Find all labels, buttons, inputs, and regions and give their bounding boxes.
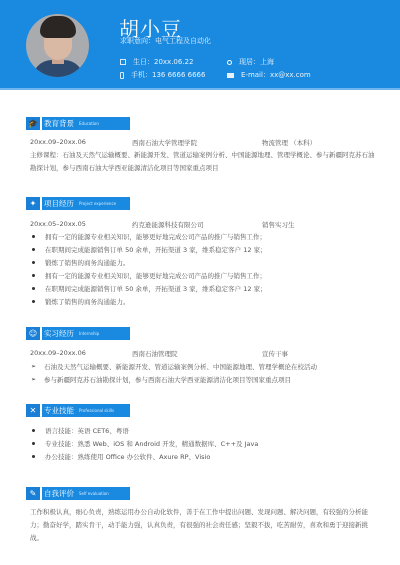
list-item: 拥有一定的能源专业相关知识，能够更好地完成公司产品的推广与销售工作；	[30, 232, 266, 241]
section-title-en: Self evaluation	[79, 491, 109, 496]
section-title-bar: 自我评价 Self evaluation	[42, 487, 130, 500]
project-company: 约克逊能源科技有限公司	[132, 220, 262, 229]
list-item: ➢参与新疆阿克苏石油勘探计划，参与西南石油大学西亚能源清洁化项目等国家重点项目	[30, 375, 291, 384]
edit-icon: ✎	[26, 487, 40, 500]
section-title-cn: 自我评价	[44, 488, 74, 499]
location-info: 现居：上海	[227, 57, 274, 67]
education-major: 物流管理 （本科）	[262, 138, 316, 147]
section-title-en: Education	[79, 121, 99, 126]
avatar-hair	[40, 16, 76, 38]
section-title-cn: 教育背景	[44, 118, 74, 129]
graduation-cap-icon: 🎓	[26, 117, 40, 130]
bullet-icon	[32, 429, 35, 432]
list-item: 在职期间完成能源销售订单 50 余单，开拓渠道 3 家，维系稳定客户 12 家；	[30, 245, 267, 254]
birthday-info: 生日：20xx.06.22	[120, 57, 193, 67]
email-text: E-mail：xx@xx.com	[241, 70, 311, 80]
project-period: 20xx.05–20xx.05	[30, 220, 132, 229]
handshake-icon: ✦	[26, 197, 40, 210]
tools-icon: ✕	[26, 404, 40, 417]
section-header-skills: ✕ 专业技能 Professional skills	[26, 404, 130, 417]
person-icon: ☺	[26, 327, 40, 340]
phone-info: 手机：136 6666 6666	[120, 70, 205, 80]
list-item: 专业技能：熟悉 Web、iOS 和 Android 开发，精通数据库、C++及 …	[30, 439, 258, 448]
internship-role: 宣传干事	[262, 349, 288, 358]
arrow-bullet-icon: ➢	[31, 376, 36, 383]
education-courses: 主修课程：石油及天然气运输概要、新能源开发、管道运输案例分析、中国能源地理、管理…	[30, 149, 375, 175]
mail-icon	[227, 73, 234, 78]
job-intent: 求职意向：电气工程及自动化	[120, 36, 211, 46]
section-title-bar: 教育背景 Education	[42, 117, 130, 130]
location-text: 现居：上海	[239, 57, 274, 67]
section-title-cn: 专业技能	[44, 405, 74, 416]
bullet-icon	[32, 300, 35, 303]
avatar-photo	[26, 14, 89, 77]
section-title-bar: 项目经历 Project experience	[42, 197, 130, 210]
bullet-icon	[32, 442, 35, 445]
resume-header: 胡小豆 求职意向：电气工程及自动化 生日：20xx.06.22 手机：136 6…	[0, 0, 400, 88]
section-header-evaluation: ✎ 自我评价 Self evaluation	[26, 487, 130, 500]
list-item: 拥有一定的能源专业相关知识，能够更好地完成公司产品的推广与销售工作；	[30, 271, 266, 280]
list-item: 语言技能：英语 CET6、粤语	[30, 426, 129, 435]
section-title-en: Project experience	[79, 201, 116, 206]
bullet-icon	[32, 455, 35, 458]
project-role: 销售实习生	[262, 220, 295, 229]
section-title-cn: 项目经历	[44, 198, 74, 209]
phone-icon	[120, 72, 124, 79]
bullet-icon	[32, 287, 35, 290]
list-item: 锻炼了销售的商务沟通能力。	[30, 258, 130, 267]
bullet-icon	[32, 274, 35, 277]
bullet-icon	[32, 248, 35, 251]
section-title-bar: 专业技能 Professional skills	[42, 404, 130, 417]
internship-row: 20xx.09–20xx.06 西南石油管理院 宣传干事	[30, 349, 288, 358]
section-header-project: ✦ 项目经历 Project experience	[26, 197, 130, 210]
education-school: 西南石油大学管理学院	[132, 138, 262, 147]
phone-text: 手机：136 6666 6666	[131, 70, 205, 80]
header-divider	[0, 88, 400, 90]
section-title-bar: 实习经历 Internship	[42, 327, 130, 340]
bullet-icon	[32, 235, 35, 238]
birthday-text: 生日：20xx.06.22	[133, 57, 193, 67]
location-pin-icon	[227, 60, 232, 65]
education-row: 20xx.09–20xx.06 西南石油大学管理学院 物流管理 （本科）	[30, 138, 316, 147]
evaluation-text: 工作积极认真，细心负责，熟练运用办公自动化软件，善于在工作中提出问题、发现问题、…	[30, 506, 375, 545]
project-row: 20xx.05–20xx.05 约克逊能源科技有限公司 销售实习生	[30, 220, 295, 229]
list-item: 在职期间完成能源销售订单 50 余单，开拓渠道 3 家，维系稳定客户 12 家；	[30, 284, 267, 293]
list-item: ➢石油及天然气运输概要、新能源开发、管道运输案例分析、中国能源地理、管理学概论在…	[30, 362, 317, 371]
bullet-icon	[32, 261, 35, 264]
arrow-bullet-icon: ➢	[31, 363, 36, 370]
internship-period: 20xx.09–20xx.06	[30, 349, 132, 358]
section-header-internship: ☺ 实习经历 Internship	[26, 327, 130, 340]
calendar-icon	[120, 59, 126, 65]
list-item: 办公技能：熟练使用 Office 办公软件、Axure RP、Visio	[30, 452, 210, 461]
internship-org: 西南石油管理院	[132, 349, 262, 358]
education-period: 20xx.09–20xx.06	[30, 138, 132, 147]
section-title-en: Professional skills	[79, 408, 114, 413]
section-title-cn: 实习经历	[44, 328, 74, 339]
section-title-en: Internship	[79, 331, 99, 336]
list-item: 锻炼了销售的商务沟通能力。	[30, 297, 130, 306]
section-header-education: 🎓 教育背景 Education	[26, 117, 130, 130]
email-info: E-mail：xx@xx.com	[227, 70, 311, 80]
